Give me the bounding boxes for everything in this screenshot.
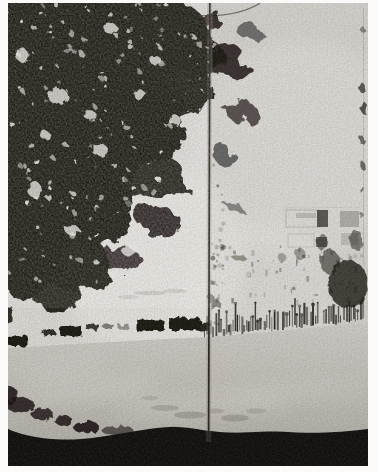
photo-area: [0, 0, 378, 466]
photobook-spread: [0, 0, 378, 472]
photograph: [0, 0, 378, 472]
film-grain: [8, 3, 368, 466]
